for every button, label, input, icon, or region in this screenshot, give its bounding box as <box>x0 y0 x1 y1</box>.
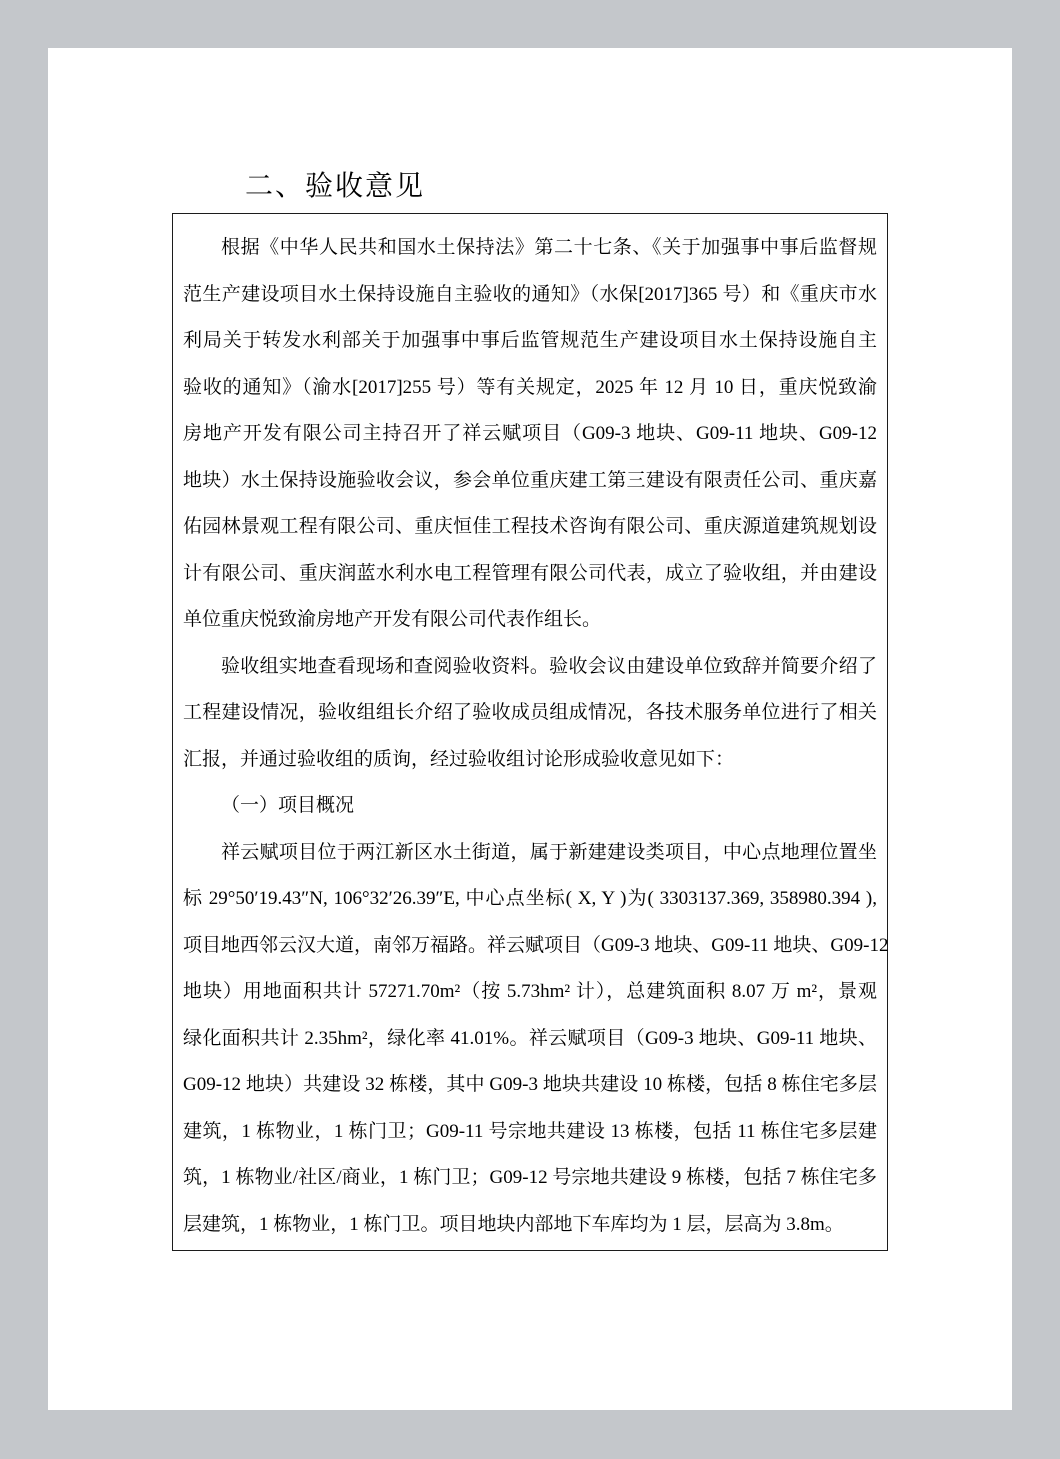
text-line: G09-12 地块）共建设 32 栋楼，其中 G09-3 地块共建设 10 栋楼… <box>183 1062 877 1109</box>
text-line: 汇报，并通过验收组的质询，经过验收组讨论形成验收意见如下： <box>183 737 877 784</box>
text-line: 验收的通知》（渝水[2017]255 号）等有关规定，2025 年 12 月 1… <box>183 365 877 412</box>
text-line: 项目地西邻云汉大道，南邻万福路。祥云赋项目（G09-3 地块、G09-11 地块… <box>183 923 877 970</box>
text-line: 根据《中华人民共和国水土保持法》第二十七条、《关于加强事中事后监督规 <box>183 225 877 272</box>
text-line: 房地产开发有限公司主持召开了祥云赋项目（G09-3 地块、G09-11 地块、G… <box>183 411 877 458</box>
content-box: 根据《中华人民共和国水土保持法》第二十七条、《关于加强事中事后监督规 范生产建设… <box>172 213 888 1251</box>
text-line: 单位重庆悦致渝房地产开发有限公司代表作组长。 <box>183 597 877 644</box>
document-page: 二、验收意见 根据《中华人民共和国水土保持法》第二十七条、《关于加强事中事后监督… <box>48 48 1012 1410</box>
section-heading: 二、验收意见 <box>245 172 425 202</box>
text-line: 标 29°50′19.43″N, 106°32′26.39″E, 中心点坐标( … <box>183 876 877 923</box>
document-background: 二、验收意见 根据《中华人民共和国水土保持法》第二十七条、《关于加强事中事后监督… <box>0 0 1060 1459</box>
text-line: 祥云赋项目位于两江新区水土街道，属于新建建设类项目，中心点地理位置坐 <box>183 830 877 877</box>
text-line: 层建筑，1 栋物业，1 栋门卫。项目地块内部地下车库均为 1 层，层高为 3.8… <box>183 1202 877 1249</box>
text-line: 建筑，1 栋物业，1 栋门卫；G09-11 号宗地共建设 13 栋楼，包括 11… <box>183 1109 877 1156</box>
text-line: 范生产建设项目水土保持设施自主验收的通知》（水保[2017]365 号）和《重庆… <box>183 272 877 319</box>
text-line: 地块）水土保持设施验收会议，参会单位重庆建工第三建设有限责任公司、重庆嘉 <box>183 458 877 505</box>
text-line: 绿化面积共计 2.35hm²，绿化率 41.01%。祥云赋项目（G09-3 地块… <box>183 1016 877 1063</box>
text-line: （一）项目概况 <box>183 783 877 830</box>
text-line: 工程建设情况，验收组组长介绍了验收成员组成情况，各技术服务单位进行了相关 <box>183 690 877 737</box>
text-line: 筑，1 栋物业/社区/商业，1 栋门卫；G09-12 号宗地共建设 9 栋楼，包… <box>183 1155 877 1202</box>
text-line: 验收组实地查看现场和查阅验收资料。验收会议由建设单位致辞并简要介绍了 <box>183 644 877 691</box>
text-line: 计有限公司、重庆润蓝水利水电工程管理有限公司代表，成立了验收组，并由建设 <box>183 551 877 598</box>
text-line: 地块）用地面积共计 57271.70m²（按 5.73hm² 计），总建筑面积 … <box>183 969 877 1016</box>
text-line: 佑园林景观工程有限公司、重庆恒佳工程技术咨询有限公司、重庆源道建筑规划设 <box>183 504 877 551</box>
text-line: 利局关于转发水利部关于加强事中事后监管规范生产建设项目水土保持设施自主 <box>183 318 877 365</box>
